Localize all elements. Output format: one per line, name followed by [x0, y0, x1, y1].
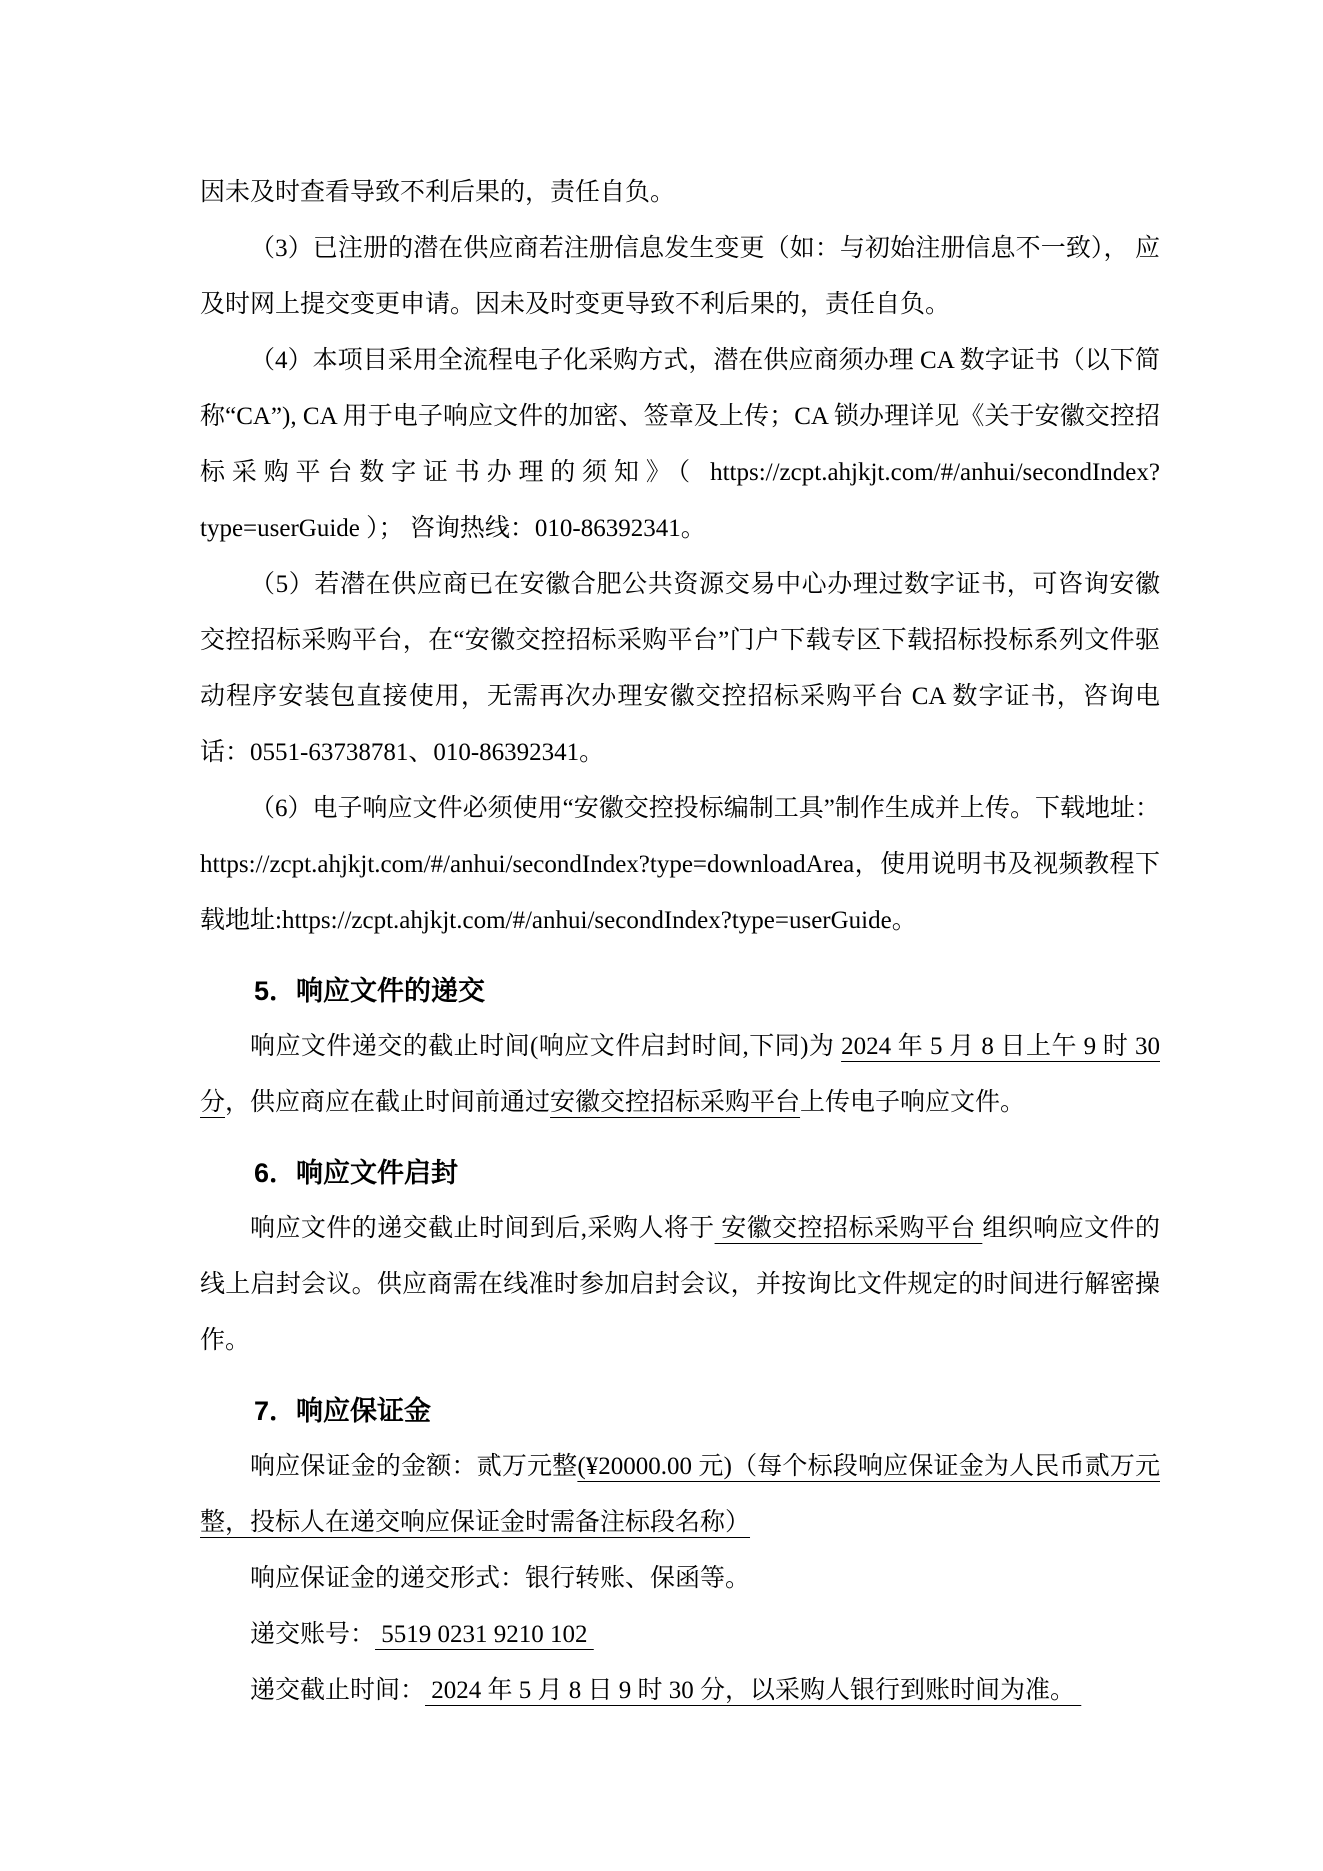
underlined-platform-name: 安徽交控招标采购平台: [715, 1215, 983, 1242]
paragraph-item-3-registration-change: （3）已注册的潜在供应商若注册信息发生变更（如：与初始注册信息不一致）， 应及时…: [200, 221, 1160, 333]
text-run: 递交截止时间：: [250, 1677, 425, 1704]
text-run: 响应文件的递交截止时间到后,采购人将于: [250, 1215, 715, 1242]
section-heading-6-response-opening: 6．响应文件启封: [200, 1145, 1160, 1201]
text-run: （3）已注册的潜在供应商若注册信息发生变更（如：与初始注册信息不一致）， 应及时…: [200, 235, 1160, 318]
paragraph-deposit-account: 递交账号： 5519 0231 9210 102: [200, 1607, 1160, 1663]
document-page: 因未及时查看导致不利后果的，责任自负。 （3）已注册的潜在供应商若注册信息发生变…: [0, 0, 1323, 1871]
text-run: 响应保证金的递交形式：银行转账、保函等。: [250, 1565, 750, 1592]
underlined-deposit-deadline: 2024 年 5 月 8 日 9 时 30 分，以采购人银行到账时间为准。: [425, 1677, 1081, 1704]
section-heading-5-response-submission: 5．响应文件的递交: [200, 963, 1160, 1019]
text-run: （5）若潜在供应商已在安徽合肥公共资源交易中心办理过数字证书，可咨询安徽交控招标…: [200, 571, 1160, 766]
text-run: ，供应商应在截止时间前通过: [225, 1089, 550, 1116]
paragraph-liability-notice: 因未及时查看导致不利后果的，责任自负。: [200, 165, 1160, 221]
section-heading-7-response-deposit: 7．响应保证金: [200, 1383, 1160, 1439]
text-run: （6）电子响应文件必须使用“安徽交控投标编制工具”制作生成并上传。下载地址：ht…: [200, 795, 1160, 934]
text-run: 响应保证金的金额：贰万元整: [250, 1453, 577, 1480]
text-run: 因未及时查看导致不利后果的，责任自负。: [200, 179, 675, 206]
paragraph-submission-deadline: 响应文件递交的截止时间(响应文件启封时间,下同)为 2024 年 5 月 8 日…: [200, 1019, 1160, 1131]
paragraph-item-6-bid-tool: （6）电子响应文件必须使用“安徽交控投标编制工具”制作生成并上传。下载地址：ht…: [200, 781, 1160, 949]
text-run: 响应文件递交的截止时间(响应文件启封时间,下同)为: [250, 1033, 841, 1060]
text-run: 上传电子响应文件。: [800, 1089, 1025, 1116]
text-run: （4）本项目采用全流程电子化采购方式，潜在供应商须办理 CA 数字证书（以下简称…: [200, 347, 1160, 542]
paragraph-opening-meeting: 响应文件的递交截止时间到后,采购人将于 安徽交控招标采购平台 组织响应文件的线上…: [200, 1201, 1160, 1369]
paragraph-item-5-hefei-digital-cert: （5）若潜在供应商已在安徽合肥公共资源交易中心办理过数字证书，可咨询安徽交控招标…: [200, 557, 1160, 781]
paragraph-item-4-ca-certificate: （4）本项目采用全流程电子化采购方式，潜在供应商须办理 CA 数字证书（以下简称…: [200, 333, 1160, 557]
paragraph-deposit-deadline: 递交截止时间： 2024 年 5 月 8 日 9 时 30 分，以采购人银行到账…: [200, 1663, 1160, 1719]
underlined-account-number: 5519 0231 9210 102: [375, 1621, 594, 1648]
underlined-platform-name: 安徽交控招标采购平台: [550, 1089, 800, 1116]
paragraph-deposit-amount: 响应保证金的金额：贰万元整(¥20000.00 元)（每个标段响应保证金为人民币…: [200, 1439, 1160, 1551]
paragraph-deposit-method: 响应保证金的递交形式：银行转账、保函等。: [200, 1551, 1160, 1607]
text-run: 递交账号：: [250, 1621, 375, 1648]
